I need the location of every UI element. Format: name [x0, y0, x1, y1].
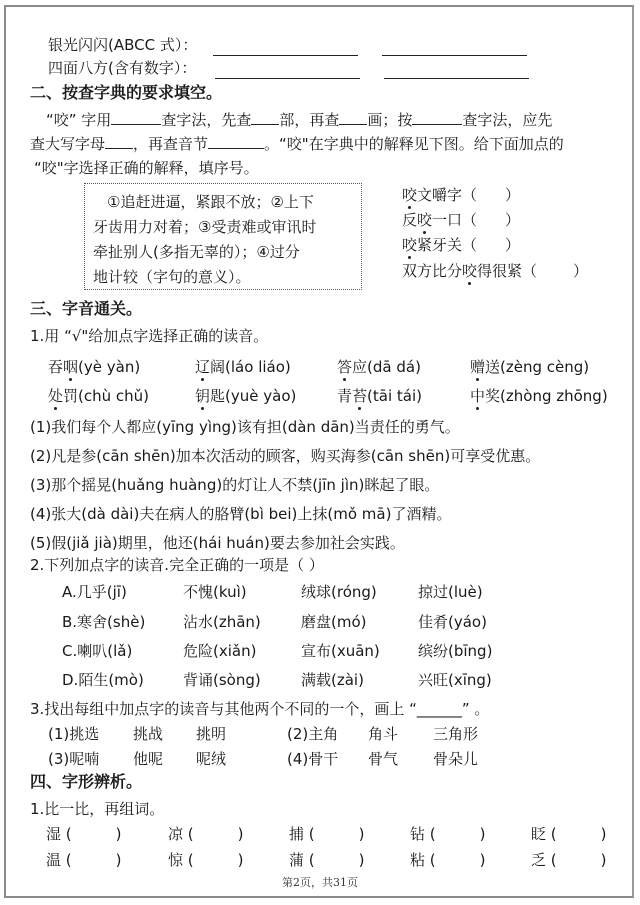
sentence-3[interactable]: (3)那个摇晃(huǎng huàng)的灯让人不禁(jīn jìn)眯起了眼。: [30, 475, 439, 495]
pinyin-choice[interactable]: 钥匙(yuè yào): [195, 386, 296, 406]
option-a[interactable]: A.几乎(jī): [62, 582, 127, 602]
page-number: 第2页，共31页: [0, 874, 640, 890]
option-cell: 宣布(xuān): [301, 641, 380, 661]
sentence-4[interactable]: (4)张大(dà dài)夫在病人的胳臂(bì bei)上抹(mǒ mā)了酒精…: [30, 504, 451, 524]
option-cell: 绒球(róng): [301, 582, 377, 602]
fill-row-number: 四面八方(含有数字）：: [48, 58, 196, 78]
answer-blank[interactable]: [384, 64, 529, 79]
option-cell: 危险(xiǎn): [183, 641, 256, 661]
answer-blank[interactable]: [213, 41, 358, 56]
answer-blank[interactable]: [111, 110, 161, 125]
answer-blank[interactable]: [215, 64, 360, 79]
word-item[interactable]: (1)挑选: [48, 724, 99, 744]
word-item[interactable]: 呢绒: [196, 749, 226, 769]
compare-prompt: 1.比一比，再组词。: [30, 799, 164, 819]
q2-prompt: 2.下列加点字的读音.完全正确的一项是（ ）: [30, 555, 324, 575]
answer-blank[interactable]: [105, 134, 133, 149]
q3-prompt: 3.找出每组中加点字的读音与其他两个不同的一个，画上 “______” 。: [30, 699, 489, 719]
option-cell: 磨盘(mó): [301, 612, 367, 632]
bite-item-4: 双方比分咬得很紧（）: [402, 261, 588, 281]
compare-item[interactable]: 湿 (): [46, 824, 122, 844]
section-2-line-3: “咬"字选择正确的解释，填序号。: [34, 158, 259, 178]
fill-label: 四面八方(含有数字）：: [48, 59, 196, 77]
sentence-5[interactable]: (5)假(jiǎ jià)期里，他还(hái huán)要去参加社会实践。: [30, 533, 405, 553]
answer-blank[interactable]: [339, 110, 367, 125]
section-4-title: 四、字形辨析。: [30, 772, 142, 792]
word-item[interactable]: (2)主角: [287, 724, 338, 744]
section-2-line-2: 查大写字母，再查音节。“咬"在字典中的解释见下图。给下面加点的: [30, 134, 564, 154]
bite-item-1: 咬文嚼字（）: [402, 185, 520, 205]
option-cell: 满载(zài): [301, 670, 364, 690]
fill-row-abcc: 银光闪闪(ABCC 式）：: [48, 35, 197, 55]
section-2-line-1: “咬” 字用查字法，先查部，再查画；按查字法，应先: [46, 110, 552, 130]
compare-item[interactable]: 乏 (): [531, 850, 607, 870]
pinyin-choice[interactable]: 答应(dā dá): [337, 357, 421, 377]
option-cell: 沾水(zhān): [183, 612, 261, 632]
pinyin-choice[interactable]: 中奖(zhòng zhōng): [470, 386, 608, 406]
answer-blank[interactable]: [251, 110, 279, 125]
fill-label: 银光闪闪(ABCC 式）：: [48, 36, 197, 54]
option-cell: 背诵(sòng): [183, 670, 261, 690]
pinyin-choice[interactable]: 赠送(zèng cèng): [470, 357, 589, 377]
compare-item[interactable]: 粘 (): [410, 850, 486, 870]
q1-prompt: 1.用 “√"给加点字选择正确的读音。: [30, 326, 268, 346]
word-item[interactable]: 骨气: [368, 749, 398, 769]
bite-item-2: 反咬一口（）: [402, 210, 520, 230]
option-b[interactable]: B.寒舍(shè): [62, 612, 145, 632]
compare-item[interactable]: 捕 (): [289, 824, 365, 844]
bite-item-3: 咬紧牙关（）: [402, 235, 520, 255]
sentence-1[interactable]: (1)我们每个人都应(yīng yìng)该有担(dàn dān)当责任的勇气。: [30, 417, 460, 437]
compare-item[interactable]: 钻 (): [410, 824, 486, 844]
compare-item[interactable]: 惊 (): [168, 850, 244, 870]
compare-item[interactable]: 温 (): [46, 850, 122, 870]
word-item[interactable]: (3)呢喃: [48, 749, 99, 769]
option-cell: 缤纷(bīng): [418, 641, 492, 661]
option-cell: 不愧(kuì): [183, 582, 247, 602]
option-c[interactable]: C.喇叭(lǎ): [62, 641, 132, 661]
word-item[interactable]: 角斗: [368, 724, 398, 744]
option-cell: 兴旺(xīng): [418, 670, 492, 690]
answer-blank[interactable]: [382, 41, 527, 56]
definition-box: ①追赶进逼，紧跟不放；②上下 牙齿用力对着；③受责难或审讯时 牵扯别人(多指无辜…: [84, 183, 362, 290]
word-item[interactable]: 挑战: [133, 724, 163, 744]
compare-item[interactable]: 眨 (): [531, 824, 607, 844]
sentence-2[interactable]: (2)凡是参(cān shēn)加本次活动的顾客，购买海参(cān shēn)可…: [30, 446, 540, 466]
option-cell: 掠过(luè): [418, 582, 483, 602]
answer-blank[interactable]: [412, 110, 462, 125]
pinyin-choice[interactable]: 处罚(chù chǔ): [48, 386, 149, 406]
pinyin-choice[interactable]: 吞咽(yè yàn): [48, 357, 140, 377]
section-2-title: 二、按查字典的要求填空。: [30, 83, 222, 103]
answer-blank[interactable]: [208, 134, 264, 149]
pinyin-choice[interactable]: 青苔(tāi tái): [337, 386, 422, 406]
word-item[interactable]: 挑明: [196, 724, 226, 744]
pinyin-choice[interactable]: 辽阔(láo liáo): [195, 357, 291, 377]
compare-item[interactable]: 蒲 (): [289, 850, 365, 870]
section-3-title: 三、字音通关。: [30, 299, 142, 319]
word-item[interactable]: 他呢: [133, 749, 163, 769]
compare-item[interactable]: 凉 (): [168, 824, 244, 844]
word-item[interactable]: (4)骨干: [287, 749, 338, 769]
option-cell: 佳肴(yáo): [418, 612, 487, 632]
word-item[interactable]: 骨朵儿: [433, 749, 478, 769]
option-d[interactable]: D.陌生(mò): [62, 670, 144, 690]
word-item[interactable]: 三角形: [433, 724, 478, 744]
